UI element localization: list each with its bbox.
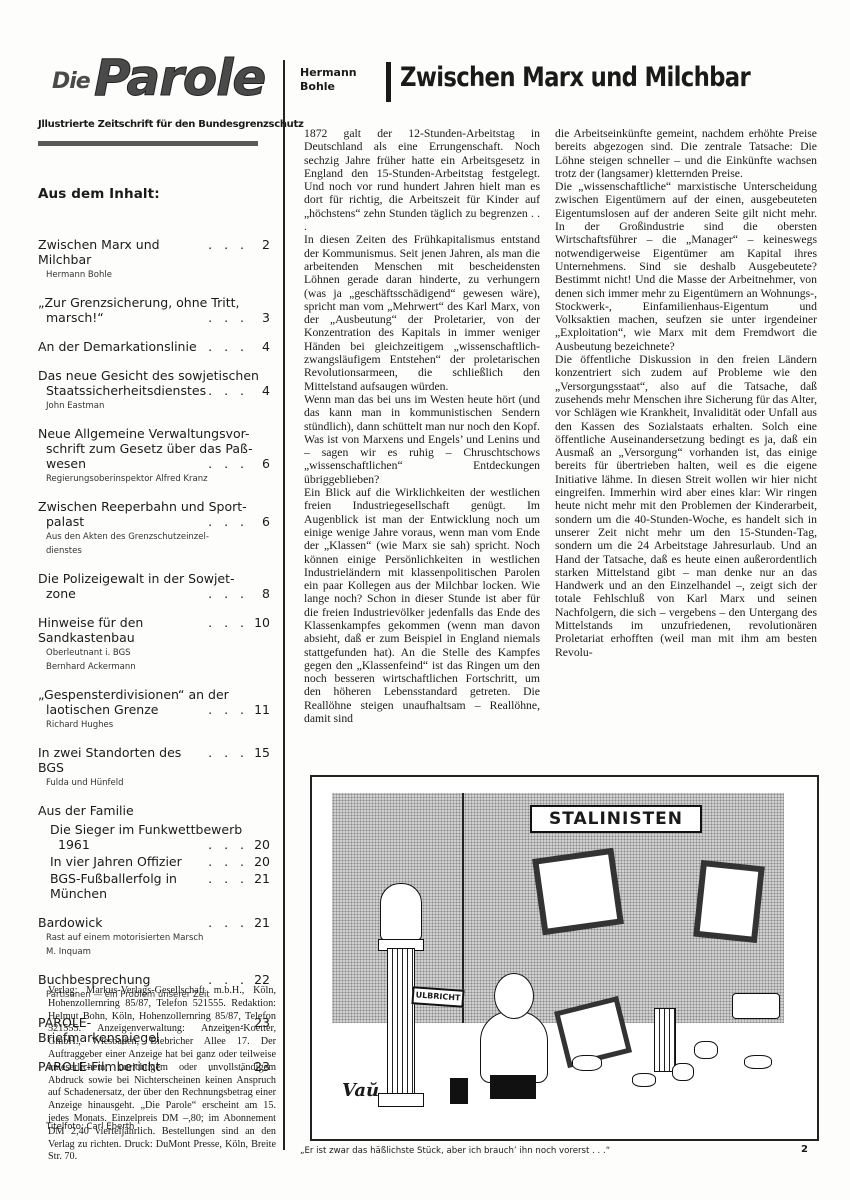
toc-entry-byline: Regierungsoberinspektor Alfred Kranz (38, 473, 270, 485)
toc-entry-title: Neue Allgemeine Verwaltungsvor- (38, 426, 270, 441)
toc-entry: Die Sieger im Funkwettbewerb1961 . . .20 (38, 822, 270, 852)
broken-column (654, 1008, 676, 1072)
toc-entry-title: wesen (38, 456, 208, 471)
table-of-contents: Zwischen Marx und Milchbar . . .2Hermann… (38, 237, 270, 1074)
toc-page-number: 10 (248, 615, 270, 645)
leader-dots: . . . (208, 615, 248, 645)
leader-dots: . . . (208, 854, 248, 869)
fallen-capital (732, 993, 780, 1019)
toc-entry: BGS-Fußballerfolg in München . . .21 (38, 871, 270, 901)
toc-page-number: 8 (248, 586, 270, 601)
man-legs (490, 1075, 536, 1099)
toc-page-number: 20 (248, 854, 270, 869)
article-paragraph: Ein Blick auf die Wirklichkeiten der wes… (304, 486, 540, 725)
leader-dots: . . . (208, 702, 248, 717)
column-divider (283, 60, 285, 1150)
article-header: Hermann Bohle Zwischen Marx und Milchbar (300, 62, 825, 102)
toc-entry-title: Bardowick (38, 915, 208, 930)
sidebar: Die Parole Jllustrierte Zeitschrift für … (38, 55, 270, 1132)
toc-entry: Die Polizeigewalt in der Sowjet-zone . .… (38, 571, 270, 601)
toc-page-number: 11 (248, 702, 270, 717)
toc-entry: Zwischen Reeperbahn und Sport-palast . .… (38, 499, 270, 557)
leader-dots: . . . (208, 837, 248, 852)
toc-entry-byline: M. Inquam (38, 946, 270, 958)
toc-entry-byline: Richard Hughes (38, 719, 270, 731)
toc-entry: Zwischen Marx und Milchbar . . .2Hermann… (38, 237, 270, 281)
rubble (632, 1073, 656, 1087)
toc-group-familie: Aus der FamilieDie Sieger im Funkwettbew… (38, 803, 270, 901)
man-figure (480, 973, 550, 1098)
logo-die: Die (52, 69, 90, 94)
author-first-name: Hermann (300, 66, 357, 80)
toc-entry-title: Hinweise für den Sandkastenbau (38, 615, 208, 645)
broken-portrait-frame (532, 848, 624, 936)
artist-signature: Vaŭ (342, 1080, 379, 1101)
tilted-portrait-frame (693, 860, 765, 943)
article-headline: Zwischen Marx und Milchbar (400, 62, 750, 93)
toc-heading: Aus dem Inhalt: (38, 186, 270, 202)
toc-entry-byline: Oberleutnant i. BGS (38, 647, 270, 659)
leader-dots: . . . (208, 237, 248, 267)
toc-group-heading: Aus der Familie (38, 803, 270, 818)
toc-entry-title: Zwischen Reeperbahn und Sport- (38, 499, 270, 514)
pedestal-base (378, 1093, 424, 1107)
cartoon-caption: „Er ist zwar das häßlichste Stück, aber … (300, 1146, 610, 1156)
toc-entry-byline: Fulda und Hünfeld (38, 777, 270, 789)
toc-entry-title: BGS-Fußballerfolg in München (50, 871, 208, 901)
toc-entry-title: marsch!“ (38, 310, 208, 325)
toc-page-number: 15 (248, 745, 270, 775)
toc-entry-title: Staatssicherheitsdienstes (38, 383, 208, 398)
toc-entry: Neue Allgemeine Verwaltungsvor-schrift z… (38, 426, 270, 485)
leader-dots: . . . (208, 339, 248, 354)
cartoon-scene: STALINISTEN ULBRICHT Vaŭ (332, 793, 784, 1113)
toc-entry: Hinweise für den Sandkastenbau . . .10Ob… (38, 615, 270, 673)
article-column-2: die Arbeitseinkünfte gemeint, nachdem er… (555, 127, 817, 659)
leader-dots: . . . (208, 871, 248, 901)
article-column-1: 1872 galt der 12-Stunden-Arbeitstag in D… (304, 127, 540, 725)
sledgehammer-icon (450, 1078, 468, 1104)
toc-entry-title: Die Sieger im Funkwettbewerb (50, 822, 270, 837)
logo-parole: Parole (94, 49, 265, 107)
toc-entry-byline: Bernhard Ackermann (38, 661, 270, 673)
toc-entry-title: Zwischen Marx und Milchbar (38, 237, 208, 267)
toc-entry-title: „Gespensterdivisionen“ an der (38, 687, 270, 702)
man-body (480, 1011, 548, 1083)
imprint: Verlag: Markus-Verlags-Gesellschaft m.b.… (48, 985, 276, 1164)
toc-entry-byline: Hermann Bohle (38, 269, 270, 281)
toc-entry-byline: dienstes (38, 545, 270, 557)
article-paragraph: 1872 galt der 12-Stunden-Arbeitstag in D… (304, 127, 540, 233)
toc-page-number: 4 (248, 383, 270, 398)
toc-entry: „Zur Grenzsicherung, ohne Tritt,marsch!“… (38, 295, 270, 325)
toc-page-number: 21 (248, 915, 270, 930)
toc-entry-byline: Rast auf einem motorisierten Marsch (38, 932, 270, 944)
article-paragraph: Wenn man das bei uns im Westen heute hör… (304, 393, 540, 486)
leader-dots: . . . (208, 586, 248, 601)
toc-entry-title: In vier Jahren Offizier (50, 854, 208, 869)
toc-entry: „Gespensterdivisionen“ an derlaotischen … (38, 687, 270, 731)
toc-entry-title: In zwei Standorten des BGS (38, 745, 208, 775)
article-paragraph: Die „wissenschaftliche“ marxistische Unt… (555, 180, 817, 353)
toc-entry: An der Demarkationslinie . . .4 (38, 339, 270, 354)
ulbricht-pedestal (387, 948, 415, 1100)
toc-page-number: 21 (248, 871, 270, 901)
wall-corner (462, 793, 464, 1023)
toc-entry-title: „Zur Grenzsicherung, ohne Tritt, (38, 295, 270, 310)
author-last-name: Bohle (300, 80, 357, 94)
man-head (494, 973, 534, 1019)
toc-entry-title: Die Polizeigewalt in der Sowjet- (38, 571, 270, 586)
leader-dots: . . . (208, 514, 248, 529)
rubble (672, 1063, 694, 1081)
toc-page-number: 6 (248, 514, 270, 529)
toc-entry: In zwei Standorten des BGS . . .15Fulda … (38, 745, 270, 789)
toc-entry-title: An der Demarkationslinie (38, 339, 208, 354)
stalinisten-sign: STALINISTEN (530, 805, 702, 833)
toc-entry-title: schrift zum Gesetz über das Paß- (38, 441, 270, 456)
toc-page-number: 20 (248, 837, 270, 852)
toc-entry: In vier Jahren Offizier . . .20 (38, 854, 270, 869)
leader-dots: . . . (208, 456, 248, 471)
headline-bar (386, 62, 391, 102)
page-number: 2 (801, 1144, 808, 1155)
article-paragraph: Die öffentliche Diskussion in den freien… (555, 353, 817, 659)
toc-entry-title: zone (38, 586, 208, 601)
toc-page-number: 4 (248, 339, 270, 354)
toc-entry: Bardowick . . .21Rast auf einem motorisi… (38, 915, 270, 958)
ulbricht-bust (380, 883, 422, 941)
article-author: Hermann Bohle (300, 66, 357, 94)
leader-dots: . . . (208, 383, 248, 398)
toc-entry-title: Das neue Gesicht des sowjetischen (38, 368, 270, 383)
toc-entry: Das neue Gesicht des sowjetischenStaatss… (38, 368, 270, 412)
ulbricht-sign: ULBRICHT (411, 986, 464, 1008)
toc-entry-title: palast (38, 514, 208, 529)
article-paragraph: die Arbeitseinkünfte gemeint, nachdem er… (555, 127, 817, 180)
cartoon-illustration: STALINISTEN ULBRICHT Vaŭ (310, 775, 819, 1141)
toc-entry-title: laotischen Grenze (38, 702, 208, 717)
masthead-subtitle: Jllustrierte Zeitschrift für den Bundesg… (38, 119, 270, 130)
leader-dots: . . . (208, 915, 248, 930)
leader-dots: . . . (208, 745, 248, 775)
toc-page-number: 2 (248, 237, 270, 267)
toc-page-number: 6 (248, 456, 270, 471)
toc-entry-byline: Aus den Akten des Grenzschutzeinzel- (38, 531, 270, 543)
rubble (744, 1055, 772, 1069)
leader-dots: . . . (208, 310, 248, 325)
article-paragraph: In diesen Zeiten des Frühkapitalismus en… (304, 233, 540, 393)
toc-entry-byline: John Eastman (38, 400, 270, 412)
masthead-logo: Die Parole (50, 55, 270, 113)
rubble (572, 1055, 602, 1071)
toc-page-number: 3 (248, 310, 270, 325)
rubble (694, 1041, 718, 1059)
masthead-rule (38, 141, 258, 146)
toc-entry-title: 1961 (50, 837, 208, 852)
